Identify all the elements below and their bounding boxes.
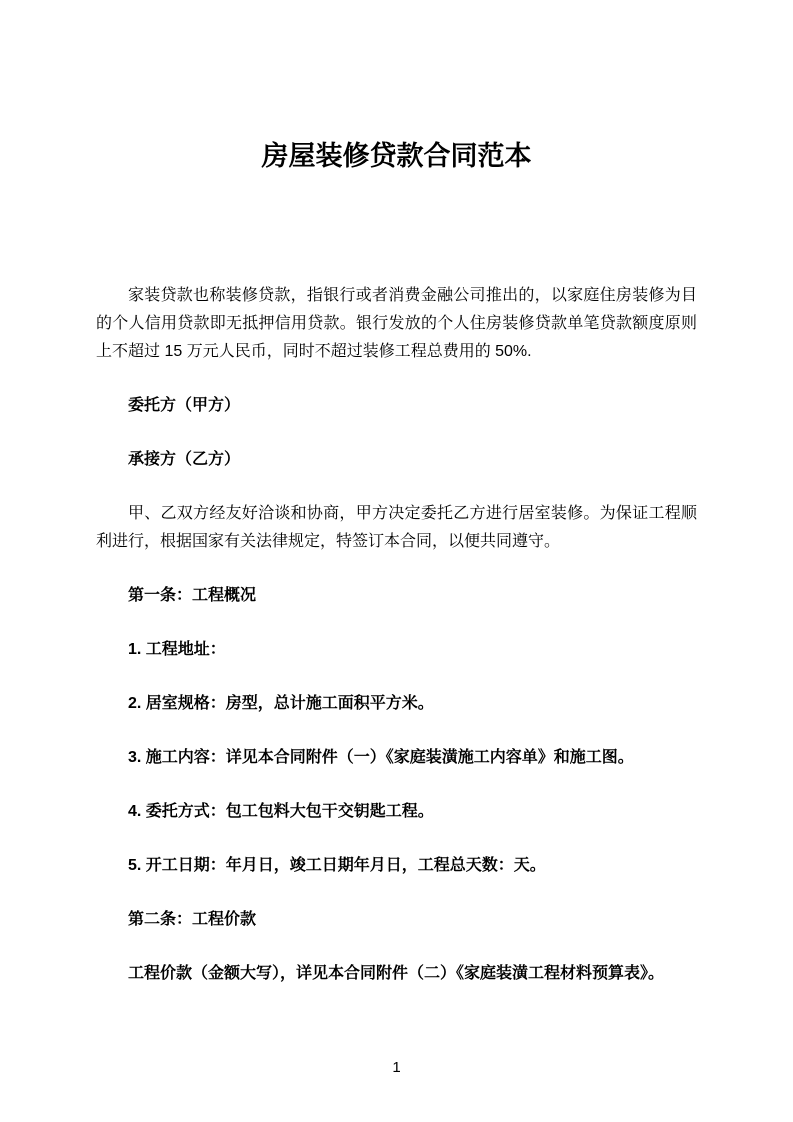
paragraph: 5. 开工日期：年月日，竣工日期年月日，工程总天数：天。 [96,852,697,880]
paragraph: 1. 工程地址： [96,636,697,664]
document-body: 家装贷款也称装修贷款，指银行或者消费金融公司推出的，以家庭住房装修为目的个人信用… [96,282,697,988]
paragraph: 2. 居室规格：房型，总计施工面积平方米。 [96,690,697,718]
document-title: 房屋装修贷款合同范本 [96,139,697,174]
paragraph: 第一条：工程概况 [96,582,697,610]
document-page: 房屋装修贷款合同范本 家装贷款也称装修贷款，指银行或者消费金融公司推出的，以家庭… [0,0,793,1122]
paragraph: 4. 委托方式：包工包料大包干交钥匙工程。 [96,798,697,826]
paragraph: 甲、乙双方经友好洽谈和协商，甲方决定委托乙方进行居室装修。为保证工程顺利进行，根… [96,500,697,556]
paragraph: 第二条：工程价款 [96,906,697,934]
paragraph: 工程价款（金额大写），详见本合同附件（二）《家庭装潢工程材料预算表》。 [96,960,697,988]
paragraph: 承接方（乙方） [96,446,697,474]
paragraph: 委托方（甲方） [96,392,697,420]
paragraph: 3. 施工内容：详见本合同附件（一）《家庭装潢施工内容单》和施工图。 [96,744,697,772]
page-number: 1 [0,1059,793,1077]
paragraph: 家装贷款也称装修贷款，指银行或者消费金融公司推出的，以家庭住房装修为目的个人信用… [96,282,697,366]
